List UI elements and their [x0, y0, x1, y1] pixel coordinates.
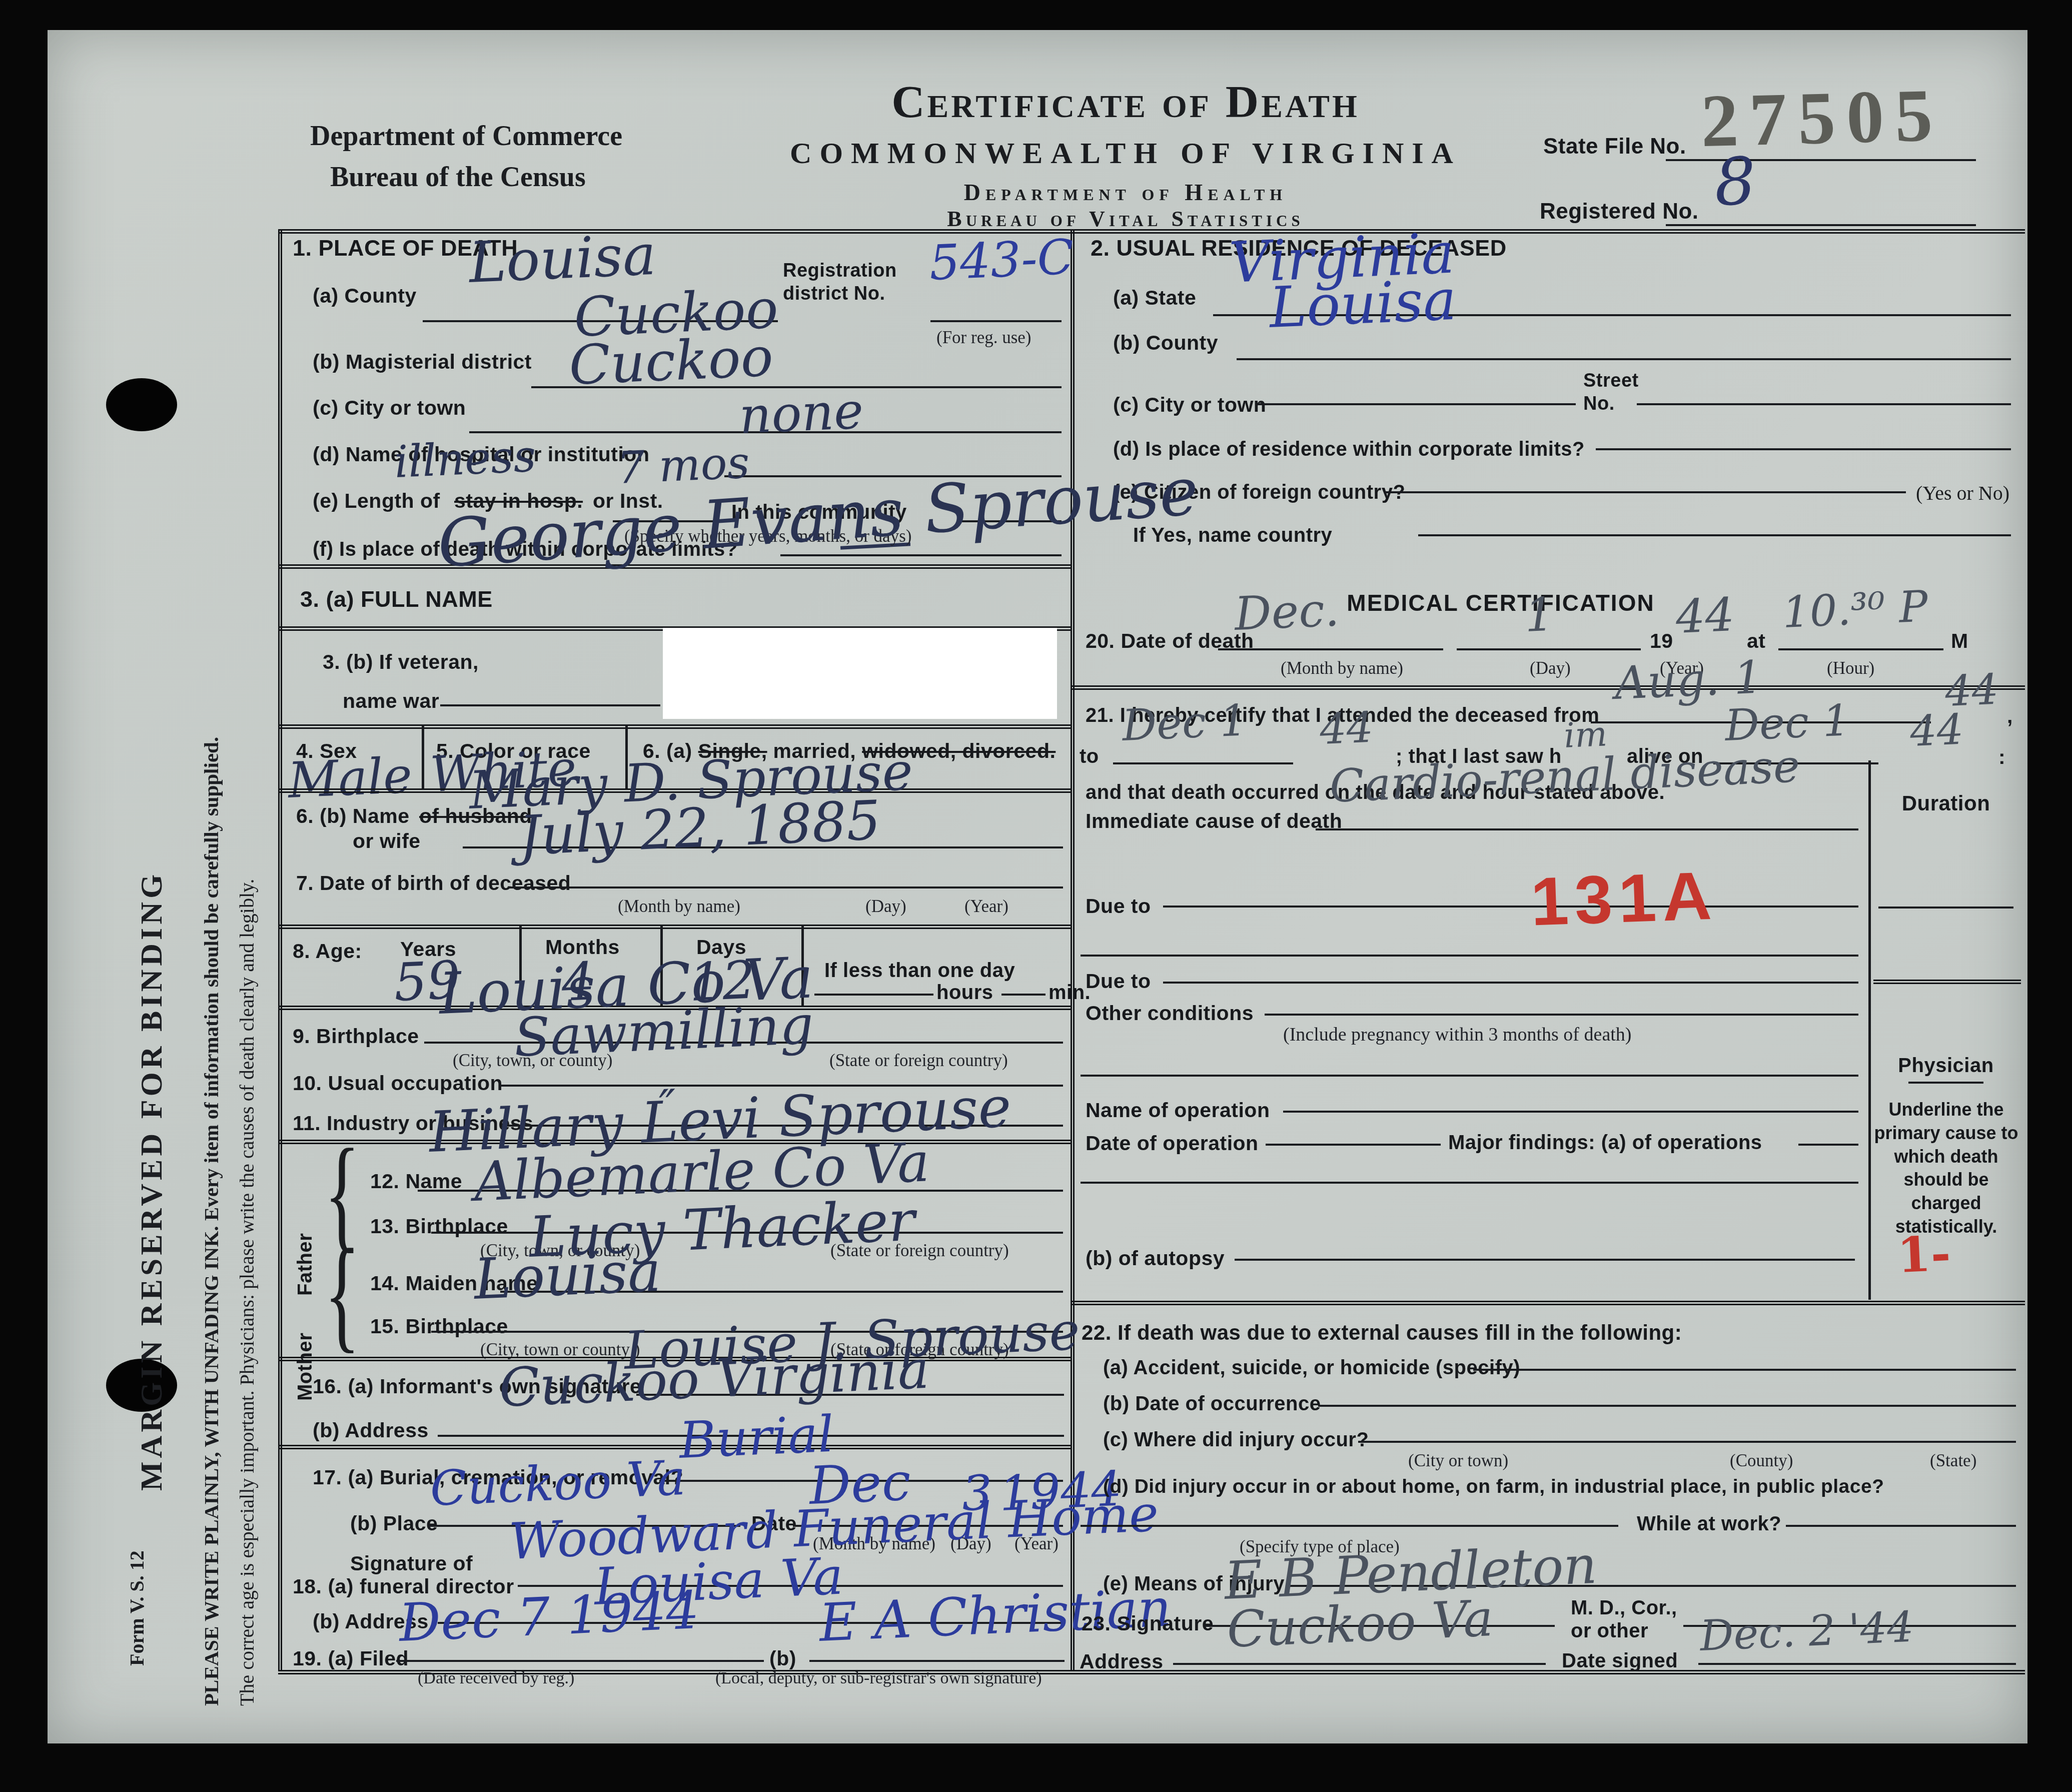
- margin-binding-note: MARGIN RESERVED FOR BINDING: [134, 510, 170, 1491]
- physician-address-label: Address: [1080, 1650, 1164, 1673]
- foreign-citizen-line: [1386, 491, 1906, 493]
- injury-where-label: (c) Where did injury occur?: [1103, 1429, 1369, 1451]
- filed-line: [396, 1660, 764, 1662]
- to-date-line: [1113, 762, 1293, 764]
- commonwealth-title: COMMONWEALTH OF VIRGINIA: [765, 136, 1486, 171]
- other-conditions-line2: [1081, 1075, 1858, 1077]
- death-hour-line: [1778, 648, 1943, 650]
- month-by-name-note: (Month by name): [618, 897, 740, 917]
- form-left-border: [278, 229, 282, 1670]
- illness-handwritten: illness: [393, 434, 537, 484]
- operation-line2: [1081, 1182, 1858, 1184]
- file-number-stamp: 27505: [1700, 72, 1944, 165]
- sex-race-divider: [422, 724, 424, 788]
- age-label: 8. Age:: [293, 940, 362, 963]
- physician-heading: Physician: [1871, 1055, 2021, 1077]
- mother-birthplace-label: 15. Birthplace: [370, 1315, 508, 1338]
- to-label: to: [1080, 745, 1099, 768]
- veteran-label: 3. (b) If veteran,: [323, 650, 479, 674]
- regdist-value: 543-C: [928, 233, 1075, 287]
- full-name-label: 3. (a) FULL NAME: [300, 586, 493, 612]
- physician-address-value: Cuckoo Va: [1226, 1593, 1494, 1655]
- city-town-label: (c) City or town: [313, 396, 466, 420]
- row7-rule: [278, 925, 1071, 929]
- code-131a-red: 131A: [1529, 856, 1718, 941]
- hours-label: hours: [936, 982, 993, 1004]
- pregnancy-note: (Include pregnancy within 3 months of de…: [1283, 1024, 1631, 1046]
- registrar-note: (Local, deputy, or sub-registrar's own s…: [715, 1669, 1042, 1688]
- spouse-label: 6. (b) Name: [296, 804, 410, 828]
- birth-date-label: 7. Date of birth of deceased: [296, 871, 571, 895]
- name-operation-line: [1283, 1111, 1858, 1113]
- county-value: Louisa: [468, 227, 657, 291]
- hospital-value: none: [738, 386, 864, 441]
- occurrence-date-label: (b) Date of occurrence: [1103, 1393, 1321, 1415]
- accident-label: (a) Accident, suicide, or homicide (spec…: [1103, 1357, 1520, 1379]
- filed-label: 19. (a) Filed: [293, 1647, 409, 1670]
- death-hour-value: 10.³⁰ P: [1781, 585, 1928, 634]
- injury-county-note: (County): [1730, 1451, 1793, 1471]
- due-to2-label: Due to: [1086, 970, 1151, 993]
- bureau-census: Bureau of the Census: [330, 161, 586, 193]
- filed-date-value: Dec 7 1944: [398, 1584, 700, 1649]
- filed-note: (Date received by reg.): [418, 1669, 574, 1688]
- registrar-line: [809, 1660, 1065, 1662]
- informant-rule: [278, 1445, 1071, 1449]
- magisterial-label: (b) Magisterial district: [313, 350, 532, 374]
- underline-cause-note: Underline the primary cause to which dea…: [1870, 1098, 2022, 1239]
- street-line: [1637, 403, 2011, 405]
- illness-duration-value: 7 mos: [616, 441, 750, 490]
- date-signed-value: Dec. 2 '44: [1699, 1605, 1914, 1657]
- father-birthplace-label: 13. Birthplace: [370, 1215, 508, 1238]
- length-stay-label: (e) Length of: [313, 489, 440, 513]
- residence-county-value: Louisa: [1268, 272, 1458, 336]
- mother-birthplace-value: Louisa: [473, 1244, 662, 1308]
- regdist-line: [930, 320, 1062, 322]
- regdist-label2: district No.: [783, 283, 885, 305]
- death-m-label: M: [1951, 629, 1968, 653]
- alive-year-value: 44: [1909, 708, 1964, 752]
- residence-county-label: (b) County: [1113, 331, 1218, 355]
- sex-value: Male: [287, 751, 413, 805]
- dept-commerce: Department of Commerce: [310, 120, 622, 152]
- him-handwritten: im: [1563, 717, 1608, 753]
- date-operation-line: [1266, 1144, 1441, 1146]
- form-number: Form V. S. 12: [125, 1436, 149, 1666]
- duration-line1: [1878, 907, 2013, 909]
- residence-limits-line: [1596, 448, 2011, 450]
- death-day-note: (Day): [1530, 658, 1571, 678]
- due-to1-label: Due to: [1086, 894, 1151, 918]
- burial-place-label: (b) Place: [350, 1512, 438, 1535]
- death-month-value: Dec.: [1234, 587, 1340, 637]
- if-yes-country-line: [1418, 534, 2011, 536]
- veteran-rule: [278, 724, 1071, 729]
- occupation-value: Sawmilling: [513, 999, 814, 1065]
- death-day-value: 1: [1524, 592, 1555, 639]
- death-hour-note: (Hour): [1827, 658, 1874, 678]
- death-certificate-scan: MARGIN RESERVED FOR BINDING PLEASE WRITE…: [0, 0, 2072, 1792]
- injury-city-note: (City or town): [1408, 1451, 1508, 1471]
- other-conditions-label: Other conditions: [1086, 1002, 1254, 1025]
- while-at-work-label: While at work?: [1637, 1513, 1781, 1535]
- duration-heading: Duration: [1871, 791, 2021, 815]
- birthplace-label: 9. Birthplace: [293, 1025, 419, 1048]
- or-other-label: or other: [1571, 1620, 1648, 1642]
- city-town-value: Cuckoo: [568, 330, 774, 393]
- yes-no-note: (Yes or No): [1916, 481, 2009, 505]
- redaction-box: [663, 628, 1057, 719]
- hole-punch-top: [106, 378, 177, 431]
- autopsy-line: [1235, 1259, 1855, 1261]
- immediate-cause-line: [1316, 828, 1858, 830]
- physician-address-line: [1173, 1663, 1546, 1665]
- signature-of-label: Signature of: [350, 1552, 473, 1575]
- while-at-work-line: [1786, 1525, 2016, 1527]
- major-findings-line: [1798, 1144, 1858, 1146]
- due-to1-line: [1163, 906, 1858, 908]
- injury-home-label: (d) Did injury occur in or about home, o…: [1103, 1476, 1884, 1498]
- death-date-rule: [1071, 685, 2025, 690]
- injury-place-line: [1081, 1525, 1618, 1527]
- regdist-note: (For reg. use): [936, 328, 1031, 348]
- residence-city-line: [1256, 403, 1576, 405]
- birth-date-value: July 22, 1885: [518, 794, 882, 863]
- column-divider: [1071, 229, 1075, 1670]
- min-label: min.: [1049, 982, 1091, 1004]
- death-month-line: [1218, 648, 1443, 650]
- street-label: Street: [1583, 370, 1639, 392]
- section22-heading: 22. If death was due to external causes …: [1082, 1321, 1682, 1345]
- burial-place-value: Cuckoo Va: [429, 1454, 687, 1513]
- md-cor-label: M. D., Cor.,: [1571, 1597, 1677, 1619]
- duration-rule: [1873, 980, 2021, 984]
- certify-comma: ,: [2007, 704, 2013, 728]
- to-date-value: Dec 1: [1121, 699, 1248, 747]
- hours-line: [814, 994, 933, 996]
- other-conditions-line: [1265, 1014, 1858, 1016]
- year-note: (Year): [964, 897, 1008, 917]
- or-wife-label: or wife: [353, 829, 421, 853]
- birthplace-state-note: (State or foreign country): [829, 1051, 1008, 1071]
- accident-line: [1473, 1369, 2016, 1371]
- registered-label: Registered No.: [1540, 199, 1699, 224]
- less-than-day-label: If less than one day: [824, 960, 1015, 982]
- physician-signature-label: 23. Signature: [1082, 1612, 1214, 1635]
- occupation-label: 10. Usual occupation: [293, 1072, 503, 1095]
- residence-city-label: (c) City or town: [1113, 393, 1266, 417]
- certificate-title: Certificate of Death: [765, 75, 1486, 128]
- death-month-note: (Month by name): [1281, 658, 1403, 678]
- margin-ink-note: PLEASE WRITE PLAINLY, WITH UNFADING INK.…: [199, 85, 223, 1706]
- occurrence-date-line: [1318, 1405, 2016, 1407]
- immediate-cause-label: Immediate cause of death: [1086, 809, 1342, 833]
- day-note: (Day): [865, 897, 906, 917]
- margin-age-note: The correct age is especially important.…: [235, 85, 259, 1706]
- injury-state-note: (State): [1930, 1451, 1976, 1471]
- attended-from-value: Aug. 1: [1614, 655, 1763, 706]
- autopsy-label: (b) of autopsy: [1086, 1247, 1225, 1270]
- death-year-value: 44: [1675, 592, 1735, 640]
- due-to1-line2: [1081, 955, 1858, 957]
- mother-brace: {: [324, 1221, 360, 1367]
- injury-where-line: [1358, 1441, 2016, 1443]
- date-signed-label: Date signed: [1562, 1650, 1678, 1672]
- due-to2-line: [1163, 982, 1858, 984]
- medical-rule: [1071, 1301, 2025, 1305]
- name-war-line: [440, 704, 660, 706]
- certify-colon: :: [1998, 745, 2005, 769]
- registered-line: [1666, 224, 1976, 226]
- physician-underline: [1908, 1082, 1983, 1084]
- state-file-label: State File No.: [1543, 134, 1686, 159]
- to-year-value: 44: [1319, 706, 1374, 750]
- death-at-label: at: [1747, 629, 1765, 653]
- date-signed-line: [1698, 1663, 2016, 1665]
- filed-b-label: (b): [769, 1647, 796, 1670]
- name-operation-label: Name of operation: [1086, 1099, 1270, 1122]
- street-no-label: No.: [1583, 393, 1615, 415]
- autopsy-red-mark: 1-: [1896, 1229, 1952, 1280]
- informant-address-label: (b) Address: [313, 1419, 429, 1442]
- name-war-label: name war: [343, 689, 439, 713]
- death-year-prefix: 19: [1650, 629, 1673, 653]
- residence-state-label: (a) State: [1113, 286, 1196, 310]
- death-day-line: [1457, 648, 1641, 650]
- county-label: (a) County: [313, 284, 417, 308]
- residence-county-line: [1237, 358, 2011, 360]
- regdist-label1: Registration: [783, 260, 897, 282]
- dept-health: Department of Health: [765, 179, 1486, 206]
- date-operation-label: Date of operation: [1086, 1132, 1259, 1155]
- birth-date-line: [508, 886, 1063, 888]
- min-line: [1001, 994, 1046, 996]
- major-findings-label: Major findings: (a) of operations: [1448, 1132, 1762, 1154]
